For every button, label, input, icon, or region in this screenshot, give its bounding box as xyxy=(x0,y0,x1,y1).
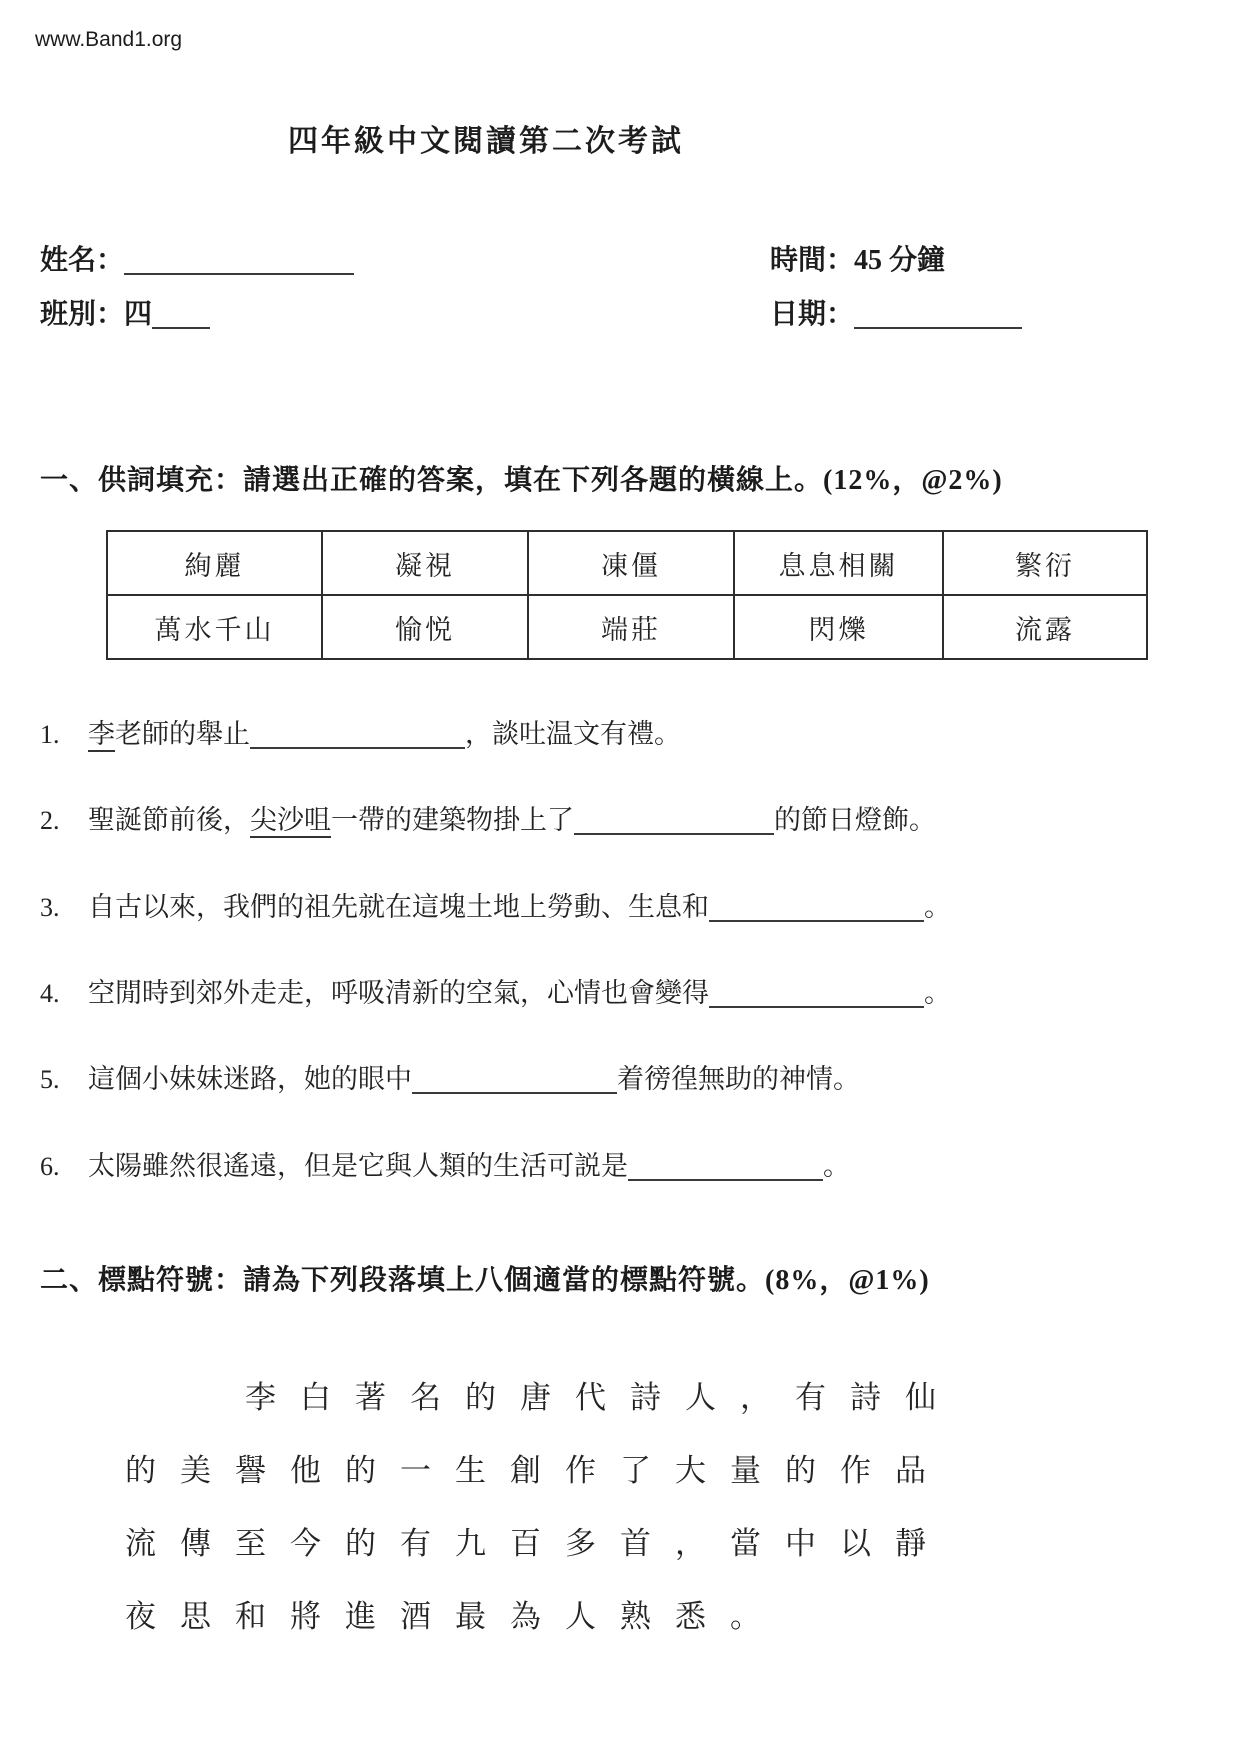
question-3: 3.自古以來，我們的祖先就在這塊土地上勞動、生息和。 xyxy=(40,885,951,924)
answer-blank xyxy=(250,717,465,749)
section-two-heading: 二、標點符號：請為下列段落填上八個適當的標點符號。(8%，@1%) xyxy=(40,1258,930,1298)
question-1: 1.李老師的舉止，談吐温文有禮。 xyxy=(40,712,681,751)
question-number: 5. xyxy=(40,1065,88,1095)
question-text: 。 xyxy=(823,1151,850,1181)
question-text: 老師的舉止 xyxy=(115,719,250,749)
question-text: 這個小妹妹迷路，她的眼中 xyxy=(88,1064,412,1094)
date-blank xyxy=(854,297,1022,329)
question-text: 自古以來，我們的祖先就在這塊土地上勞動、生息和 xyxy=(88,892,709,922)
class-field: 班別：四 xyxy=(40,292,210,332)
question-4: 4.空閒時到郊外走走，呼吸清新的空氣，心情也會變得。 xyxy=(40,971,951,1010)
punctuation-paragraph-line: 夜思和將進酒最為人熟悉。 xyxy=(125,1591,785,1636)
punctuation-paragraph-line: 李白著名的唐代詩人，有詩仙 xyxy=(125,1372,960,1417)
answer-blank xyxy=(709,890,924,922)
question-text: ，談吐温文有禮。 xyxy=(465,719,681,749)
word-bank-table: 絢麗 凝視 凍僵 息息相關 繁衍 萬水千山 愉悦 端莊 閃爍 流露 xyxy=(106,530,1148,660)
question-text: 一帶的建築物掛上了 xyxy=(331,805,574,835)
word-bank-cell: 閃爍 xyxy=(734,595,943,659)
word-bank-cell: 萬水千山 xyxy=(107,595,322,659)
question-text: 聖誕節前後， xyxy=(88,805,250,835)
question-number: 6. xyxy=(40,1152,88,1182)
answer-blank xyxy=(709,976,924,1008)
word-bank-cell: 凍僵 xyxy=(528,531,734,595)
class-value: 四 xyxy=(124,299,152,330)
class-blank xyxy=(152,297,210,329)
word-bank-cell: 愉悦 xyxy=(322,595,528,659)
answer-blank xyxy=(412,1062,617,1094)
question-number: 2. xyxy=(40,806,88,836)
name-field: 姓名： xyxy=(40,238,354,278)
name-label: 姓名： xyxy=(40,245,124,276)
word-bank-cell: 息息相關 xyxy=(734,531,943,595)
word-bank-cell: 繁衍 xyxy=(943,531,1147,595)
question-2: 2.聖誕節前後，尖沙咀一帶的建築物掛上了的節日燈飾。 xyxy=(40,798,936,837)
page-title: 四年級中文閱讀第二次考試 xyxy=(288,116,684,160)
proper-noun-underlined: 尖沙咀 xyxy=(250,805,331,838)
question-number: 1. xyxy=(40,720,88,750)
question-number: 3. xyxy=(40,893,88,923)
class-label: 班別： xyxy=(40,299,124,330)
word-bank-row: 絢麗 凝視 凍僵 息息相關 繁衍 xyxy=(107,531,1147,595)
word-bank-row: 萬水千山 愉悦 端莊 閃爍 流露 xyxy=(107,595,1147,659)
name-blank xyxy=(124,243,354,275)
site-watermark: www.Band1.org xyxy=(35,28,182,52)
question-text: 空閒時到郊外走走，呼吸清新的空氣，心情也會變得 xyxy=(88,978,709,1008)
question-text: 。 xyxy=(924,978,951,1008)
word-bank-cell: 絢麗 xyxy=(107,531,322,595)
question-number: 4. xyxy=(40,979,88,1009)
word-bank-cell: 流露 xyxy=(943,595,1147,659)
word-bank-cell: 端莊 xyxy=(528,595,734,659)
proper-noun-underlined: 李 xyxy=(88,719,115,752)
time-value: 45 分鐘 xyxy=(854,245,945,276)
question-text: 太陽雖然很遙遠，但是它與人類的生活可説是 xyxy=(88,1151,628,1181)
exam-paper-page: www.Band1.org 四年級中文閱讀第二次考試 姓名： 時間：45 分鐘 … xyxy=(0,0,1240,1754)
question-text: 的節日燈飾。 xyxy=(774,805,936,835)
time-label: 時間： xyxy=(770,245,854,276)
punctuation-paragraph-line: 流傳至今的有九百多首，當中以靜 xyxy=(125,1518,950,1563)
section-one-heading: 一、供詞填充：請選出正確的答案，填在下列各題的橫線上。(12%，@2%) xyxy=(40,458,1003,498)
word-bank-cell: 凝視 xyxy=(322,531,528,595)
question-5: 5.這個小妹妹迷路，她的眼中着徬徨無助的神情。 xyxy=(40,1057,860,1096)
answer-blank xyxy=(574,803,774,835)
question-text: 。 xyxy=(924,892,951,922)
time-field: 時間：45 分鐘 xyxy=(770,238,945,278)
answer-blank xyxy=(628,1149,823,1181)
question-text: 着徬徨無助的神情。 xyxy=(617,1064,860,1094)
punctuation-paragraph-line: 的美譽他的一生創作了大量的作品 xyxy=(125,1445,950,1490)
question-6: 6.太陽雖然很遙遠，但是它與人類的生活可説是。 xyxy=(40,1144,850,1183)
date-label: 日期： xyxy=(770,299,854,330)
date-field: 日期： xyxy=(770,292,1022,332)
